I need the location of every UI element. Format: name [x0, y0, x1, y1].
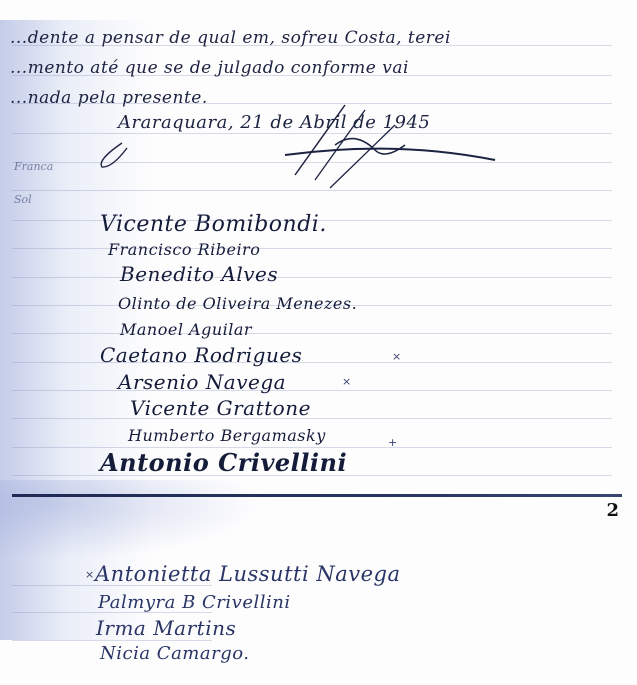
signature: Irma Martins: [96, 616, 236, 640]
margin-note: Sol: [14, 193, 32, 206]
signature: Palmyra B Crivellini: [98, 592, 291, 613]
x-mark: ×: [342, 375, 351, 388]
page-divider: [12, 494, 622, 497]
closing-text-line-1: ...dente a pensar de qual em, sofreu Cos…: [10, 28, 451, 48]
page-number: 2: [606, 500, 619, 521]
loop-stroke: [92, 140, 132, 170]
document-page: ...dente a pensar de qual em, sofreu Cos…: [0, 0, 637, 685]
ruled-line: [12, 390, 612, 391]
official-signature-flourish: [275, 100, 525, 190]
ruled-line: [12, 418, 612, 419]
cross-mark: +: [388, 436, 397, 449]
scan-shading-lower: [0, 480, 260, 560]
signature: Caetano Rodrigues: [100, 343, 302, 367]
signature: Vicente Bomibondi.: [100, 212, 327, 237]
signature: Benedito Alves: [120, 262, 278, 286]
closing-text-line-2: ...mento até que se de julgado conforme …: [10, 58, 409, 78]
signature: Antonio Crivellini: [100, 448, 347, 477]
ruled-line: [12, 277, 612, 278]
signature: Manoel Aguilar: [120, 320, 252, 339]
signature: Arsenio Navega: [118, 370, 286, 394]
ruled-line: [12, 190, 612, 191]
signature: Humberto Bergamasky: [128, 426, 326, 445]
ruled-line: [12, 640, 212, 641]
ruled-line: [12, 248, 612, 249]
closing-text-line-3: ...nada pela presente.: [10, 88, 208, 108]
signature: Vicente Grattone: [130, 396, 311, 420]
signature: Nicia Camargo.: [100, 643, 249, 664]
margin-note: Franca: [14, 160, 53, 173]
signature: Antonietta Lussutti Navega: [95, 562, 400, 586]
signature: Francisco Ribeiro: [108, 240, 260, 259]
x-mark: ×: [85, 568, 94, 581]
ruled-line: [12, 333, 612, 334]
x-mark: ×: [392, 350, 401, 363]
signature: Olinto de Oliveira Menezes.: [118, 294, 357, 313]
